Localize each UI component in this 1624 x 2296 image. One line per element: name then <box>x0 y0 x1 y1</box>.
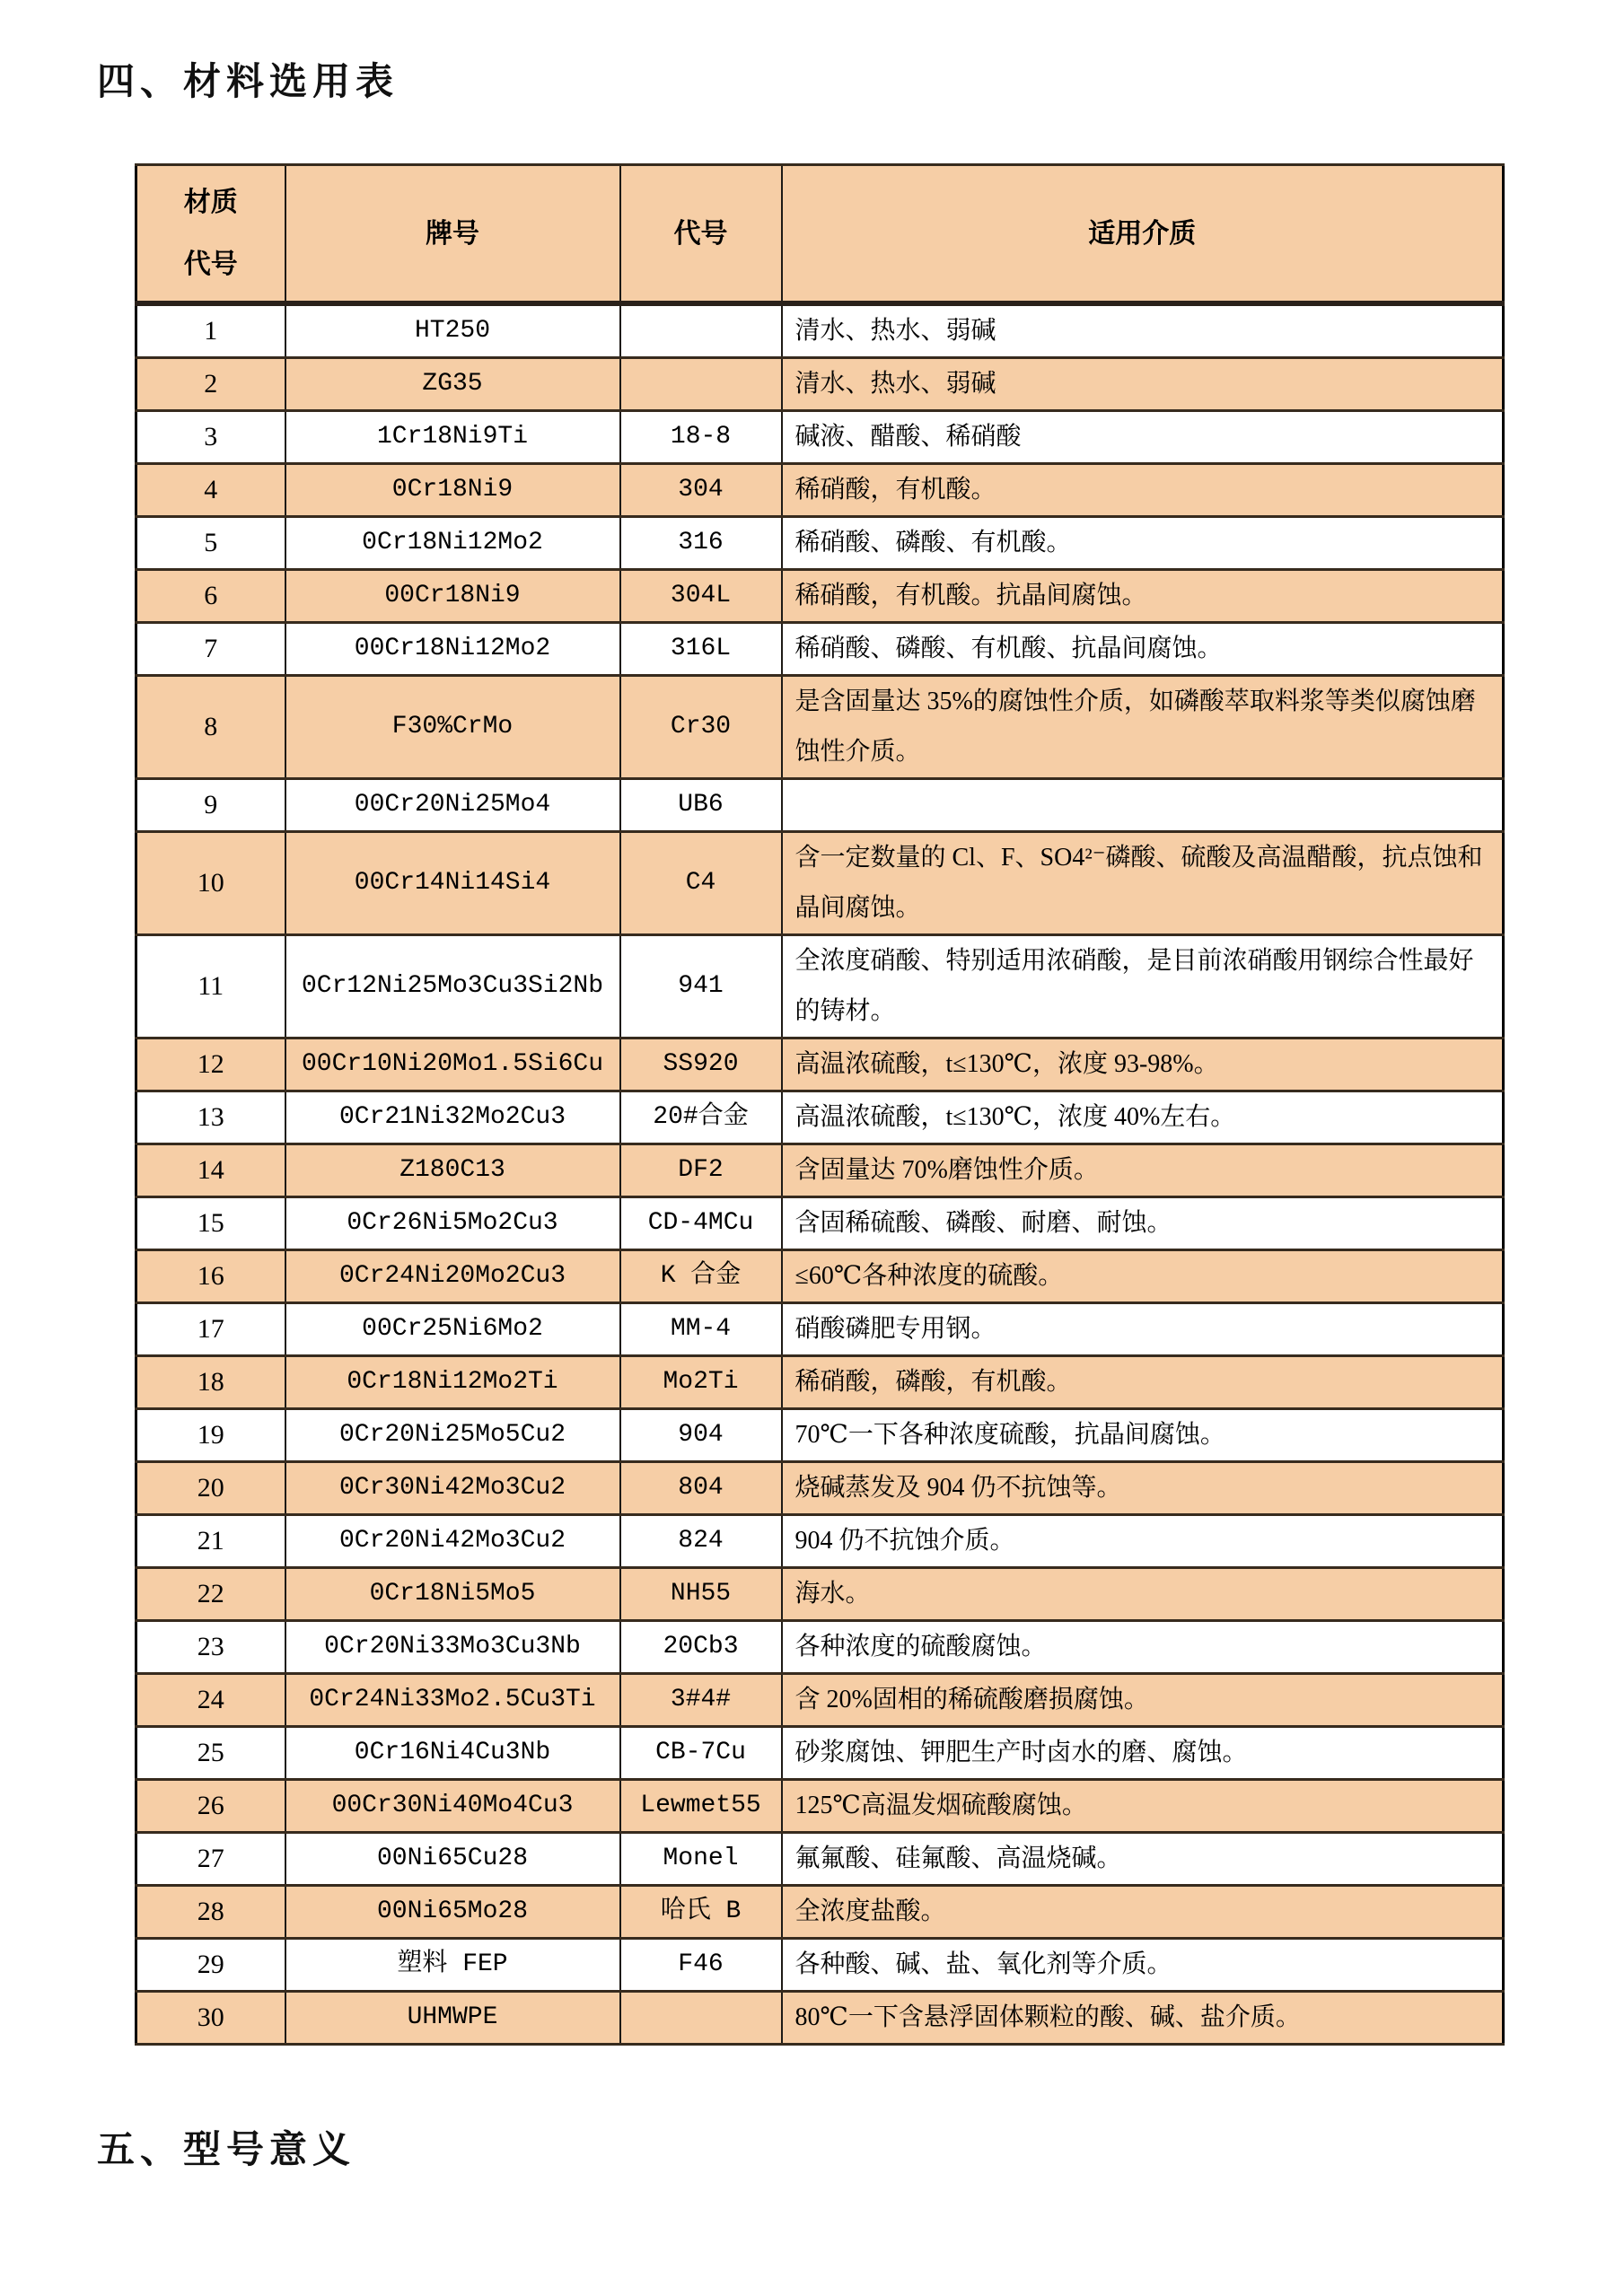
cell-material-code: 2 <box>136 358 285 411</box>
cell-code: 316L <box>620 623 782 676</box>
table-row: 200Cr30Ni42Mo3Cu2804烧碱蒸发及 904 仍不抗蚀等。 <box>136 1462 1504 1515</box>
cell-code <box>620 1992 782 2045</box>
cell-grade: 1Cr18Ni9Ti <box>285 411 620 464</box>
cell-code: CB-7Cu <box>620 1727 782 1780</box>
cell-medium: 烧碱蒸发及 904 仍不抗蚀等。 <box>782 1462 1504 1515</box>
cell-material-code: 10 <box>136 832 285 935</box>
cell-medium: 80℃一下含悬浮固体颗粒的酸、碱、盐介质。 <box>782 1992 1504 2045</box>
document-page: 四、材料选用表 材质 代号 牌号 代号 适用介质 1HT250清水、热水、弱碱2… <box>0 0 1624 2296</box>
cell-medium: 125℃高温发烟硫酸腐蚀。 <box>782 1780 1504 1833</box>
cell-code: NH55 <box>620 1568 782 1621</box>
cell-material-code: 4 <box>136 464 285 517</box>
cell-code: 304 <box>620 464 782 517</box>
cell-material-code: 6 <box>136 570 285 623</box>
cell-medium: 高温浓硫酸，t≤130℃，浓度 40%左右。 <box>782 1091 1504 1144</box>
cell-material-code: 23 <box>136 1621 285 1674</box>
cell-grade: 00Ni65Cu28 <box>285 1833 620 1886</box>
cell-material-code: 20 <box>136 1462 285 1515</box>
cell-grade: 00Ni65Mo28 <box>285 1886 620 1939</box>
cell-medium: 各种浓度的硫酸腐蚀。 <box>782 1621 1504 1674</box>
table-row: 2600Cr30Ni40Mo4Cu3Lewmet55125℃高温发烟硫酸腐蚀。 <box>136 1780 1504 1833</box>
cell-medium: 是含固量达 35%的腐蚀性介质，如磷酸萃取料浆等类似腐蚀磨蚀性介质。 <box>782 676 1504 779</box>
cell-grade: 0Cr24Ni20Mo2Cu3 <box>285 1250 620 1303</box>
cell-code: 824 <box>620 1515 782 1568</box>
cell-material-code: 11 <box>136 935 285 1038</box>
cell-grade: Z180C13 <box>285 1144 620 1197</box>
cell-code: CD-4MCu <box>620 1197 782 1250</box>
cell-material-code: 13 <box>136 1091 285 1144</box>
cell-grade: 0Cr26Ni5Mo2Cu3 <box>285 1197 620 1250</box>
table-row: 2ZG35清水、热水、弱碱 <box>136 358 1504 411</box>
table-row: 29塑料 FEPF46各种酸、碱、盐、氧化剂等介质。 <box>136 1939 1504 1992</box>
material-table-body: 1HT250清水、热水、弱碱2ZG35清水、热水、弱碱31Cr18Ni9Ti18… <box>136 303 1504 2045</box>
table-row: 600Cr18Ni9304L稀硝酸，有机酸。抗晶间腐蚀。 <box>136 570 1504 623</box>
cell-grade: 00Cr18Ni12Mo2 <box>285 623 620 676</box>
table-row: 160Cr24Ni20Mo2Cu3K 合金≤60℃各种浓度的硫酸。 <box>136 1250 1504 1303</box>
cell-material-code: 26 <box>136 1780 285 1833</box>
cell-material-code: 17 <box>136 1303 285 1356</box>
table-row: 220Cr18Ni5Mo5NH55海水。 <box>136 1568 1504 1621</box>
cell-material-code: 28 <box>136 1886 285 1939</box>
cell-code: 18-8 <box>620 411 782 464</box>
cell-code: DF2 <box>620 1144 782 1197</box>
cell-grade: 0Cr18Ni12Mo2Ti <box>285 1356 620 1409</box>
cell-grade: 00Cr25Ni6Mo2 <box>285 1303 620 1356</box>
cell-medium: 稀硝酸、磷酸、有机酸、抗晶间腐蚀。 <box>782 623 1504 676</box>
cell-code: 941 <box>620 935 782 1038</box>
cell-grade: UHMWPE <box>285 1992 620 2045</box>
cell-code: Monel <box>620 1833 782 1886</box>
cell-material-code: 27 <box>136 1833 285 1886</box>
cell-code <box>620 303 782 358</box>
cell-medium: 海水。 <box>782 1568 1504 1621</box>
cell-grade: 00Cr20Ni25Mo4 <box>285 779 620 832</box>
cell-material-code: 14 <box>136 1144 285 1197</box>
cell-code: 3#4# <box>620 1674 782 1727</box>
cell-code: 304L <box>620 570 782 623</box>
cell-grade: 0Cr12Ni25Mo3Cu3Si2Nb <box>285 935 620 1038</box>
header-row: 材质 代号 牌号 代号 适用介质 <box>136 165 1504 304</box>
cell-code: Mo2Ti <box>620 1356 782 1409</box>
table-row: 2800Ni65Mo28哈氏 B全浓度盐酸。 <box>136 1886 1504 1939</box>
table-row: 190Cr20Ni25Mo5Cu290470℃一下各种浓度硫酸，抗晶间腐蚀。 <box>136 1409 1504 1462</box>
table-row: 40Cr18Ni9304稀硝酸，有机酸。 <box>136 464 1504 517</box>
cell-medium: 全浓度硝酸、特别适用浓硝酸，是目前浓硝酸用钢综合性最好的铸材。 <box>782 935 1504 1038</box>
cell-grade: 0Cr18Ni12Mo2 <box>285 517 620 570</box>
table-row: 150Cr26Ni5Mo2Cu3CD-4MCu含固稀硫酸、磷酸、耐磨、耐蚀。 <box>136 1197 1504 1250</box>
cell-medium: 含固稀硫酸、磷酸、耐磨、耐蚀。 <box>782 1197 1504 1250</box>
cell-code: K 合金 <box>620 1250 782 1303</box>
table-row: 30UHMWPE80℃一下含悬浮固体颗粒的酸、碱、盐介质。 <box>136 1992 1504 2045</box>
header-medium: 适用介质 <box>782 165 1504 304</box>
section-title-material-selection: 四、材料选用表 <box>97 52 399 106</box>
cell-material-code: 8 <box>136 676 285 779</box>
material-selection-table: 材质 代号 牌号 代号 适用介质 1HT250清水、热水、弱碱2ZG35清水、热… <box>135 163 1505 2046</box>
cell-material-code: 18 <box>136 1356 285 1409</box>
header-material-code: 材质 代号 <box>136 165 285 304</box>
cell-medium: 硝酸磷肥专用钢。 <box>782 1303 1504 1356</box>
cell-code: UB6 <box>620 779 782 832</box>
table-row: 1000Cr14Ni14Si4C4含一定数量的 Cl、F、SO4²⁻磷酸、硫酸及… <box>136 832 1504 935</box>
cell-code <box>620 358 782 411</box>
cell-medium: 氟氟酸、硅氟酸、高温烧碱。 <box>782 1833 1504 1886</box>
table-row: 210Cr20Ni42Mo3Cu2824904 仍不抗蚀介质。 <box>136 1515 1504 1568</box>
cell-code: 20#合金 <box>620 1091 782 1144</box>
cell-medium: 70℃一下各种浓度硫酸，抗晶间腐蚀。 <box>782 1409 1504 1462</box>
cell-material-code: 3 <box>136 411 285 464</box>
cell-medium: 稀硝酸、磷酸、有机酸。 <box>782 517 1504 570</box>
cell-grade: 0Cr24Ni33Mo2.5Cu3Ti <box>285 1674 620 1727</box>
cell-code: SS920 <box>620 1038 782 1091</box>
cell-medium: 稀硝酸，有机酸。抗晶间腐蚀。 <box>782 570 1504 623</box>
cell-medium: 砂浆腐蚀、钾肥生产时卤水的磨、腐蚀。 <box>782 1727 1504 1780</box>
cell-code: C4 <box>620 832 782 935</box>
cell-grade: 0Cr18Ni5Mo5 <box>285 1568 620 1621</box>
cell-material-code: 19 <box>136 1409 285 1462</box>
cell-grade: 0Cr20Ni42Mo3Cu2 <box>285 1515 620 1568</box>
cell-code: 20Cb3 <box>620 1621 782 1674</box>
cell-grade: 0Cr20Ni25Mo5Cu2 <box>285 1409 620 1462</box>
cell-medium <box>782 779 1504 832</box>
cell-material-code: 30 <box>136 1992 285 2045</box>
table-row: 2700Ni65Cu28Monel氟氟酸、硅氟酸、高温烧碱。 <box>136 1833 1504 1886</box>
cell-material-code: 15 <box>136 1197 285 1250</box>
cell-material-code: 12 <box>136 1038 285 1091</box>
cell-material-code: 7 <box>136 623 285 676</box>
cell-code: 316 <box>620 517 782 570</box>
cell-grade: 0Cr18Ni9 <box>285 464 620 517</box>
cell-code: MM-4 <box>620 1303 782 1356</box>
cell-medium: 清水、热水、弱碱 <box>782 358 1504 411</box>
cell-medium: 904 仍不抗蚀介质。 <box>782 1515 1504 1568</box>
table-row: 230Cr20Ni33Mo3Cu3Nb20Cb3各种浓度的硫酸腐蚀。 <box>136 1621 1504 1674</box>
table-row: 240Cr24Ni33Mo2.5Cu3Ti3#4#含 20%固相的稀硫酸磨损腐蚀… <box>136 1674 1504 1727</box>
table-row: 700Cr18Ni12Mo2316L稀硝酸、磷酸、有机酸、抗晶间腐蚀。 <box>136 623 1504 676</box>
table-row: 900Cr20Ni25Mo4UB6 <box>136 779 1504 832</box>
cell-grade: 0Cr20Ni33Mo3Cu3Nb <box>285 1621 620 1674</box>
cell-material-code: 24 <box>136 1674 285 1727</box>
cell-medium: 碱液、醋酸、稀硝酸 <box>782 411 1504 464</box>
cell-grade: 0Cr21Ni32Mo2Cu3 <box>285 1091 620 1144</box>
cell-code: 904 <box>620 1409 782 1462</box>
cell-medium: 高温浓硫酸，t≤130℃，浓度 93-98%。 <box>782 1038 1504 1091</box>
cell-code: 804 <box>620 1462 782 1515</box>
cell-material-code: 16 <box>136 1250 285 1303</box>
table-row: 50Cr18Ni12Mo2316稀硝酸、磷酸、有机酸。 <box>136 517 1504 570</box>
cell-material-code: 29 <box>136 1939 285 1992</box>
cell-grade: HT250 <box>285 303 620 358</box>
table-row: 130Cr21Ni32Mo2Cu320#合金高温浓硫酸，t≤130℃，浓度 40… <box>136 1091 1504 1144</box>
cell-grade: 00Cr14Ni14Si4 <box>285 832 620 935</box>
header-grade: 牌号 <box>285 165 620 304</box>
cell-grade: 00Cr18Ni9 <box>285 570 620 623</box>
cell-code: Cr30 <box>620 676 782 779</box>
header-code: 代号 <box>620 165 782 304</box>
table-row: 1700Cr25Ni6Mo2MM-4硝酸磷肥专用钢。 <box>136 1303 1504 1356</box>
table-row: 110Cr12Ni25Mo3Cu3Si2Nb941全浓度硝酸、特别适用浓硝酸，是… <box>136 935 1504 1038</box>
cell-grade: F30%CrMo <box>285 676 620 779</box>
cell-grade: 00Cr30Ni40Mo4Cu3 <box>285 1780 620 1833</box>
cell-medium: 稀硝酸，磷酸，有机酸。 <box>782 1356 1504 1409</box>
cell-grade: ZG35 <box>285 358 620 411</box>
cell-grade: 0Cr30Ni42Mo3Cu2 <box>285 1462 620 1515</box>
table-row: 1HT250清水、热水、弱碱 <box>136 303 1504 358</box>
cell-material-code: 1 <box>136 303 285 358</box>
table-row: 31Cr18Ni9Ti18-8碱液、醋酸、稀硝酸 <box>136 411 1504 464</box>
cell-grade: 塑料 FEP <box>285 1939 620 1992</box>
cell-medium: 含一定数量的 Cl、F、SO4²⁻磷酸、硫酸及高温醋酸，抗点蚀和晶间腐蚀。 <box>782 832 1504 935</box>
cell-medium: 各种酸、碱、盐、氧化剂等介质。 <box>782 1939 1504 1992</box>
cell-grade: 0Cr16Ni4Cu3Nb <box>285 1727 620 1780</box>
cell-material-code: 5 <box>136 517 285 570</box>
cell-medium: 全浓度盐酸。 <box>782 1886 1504 1939</box>
table-header: 材质 代号 牌号 代号 适用介质 <box>136 165 1504 304</box>
cell-medium: 稀硝酸，有机酸。 <box>782 464 1504 517</box>
table-row: 180Cr18Ni12Mo2TiMo2Ti稀硝酸，磷酸，有机酸。 <box>136 1356 1504 1409</box>
cell-medium: 含 20%固相的稀硫酸磨损腐蚀。 <box>782 1674 1504 1727</box>
cell-code: 哈氏 B <box>620 1886 782 1939</box>
cell-medium: 含固量达 70%磨蚀性介质。 <box>782 1144 1504 1197</box>
cell-material-code: 25 <box>136 1727 285 1780</box>
cell-material-code: 21 <box>136 1515 285 1568</box>
table-row: 14Z180C13DF2含固量达 70%磨蚀性介质。 <box>136 1144 1504 1197</box>
cell-code: F46 <box>620 1939 782 1992</box>
cell-grade: 00Cr10Ni20Mo1.5Si6Cu <box>285 1038 620 1091</box>
table-row: 1200Cr10Ni20Mo1.5Si6CuSS920高温浓硫酸，t≤130℃，… <box>136 1038 1504 1091</box>
table-row: 8F30%CrMoCr30是含固量达 35%的腐蚀性介质，如磷酸萃取料浆等类似腐… <box>136 676 1504 779</box>
cell-medium: 清水、热水、弱碱 <box>782 303 1504 358</box>
table-row: 250Cr16Ni4Cu3NbCB-7Cu砂浆腐蚀、钾肥生产时卤水的磨、腐蚀。 <box>136 1727 1504 1780</box>
cell-code: Lewmet55 <box>620 1780 782 1833</box>
cell-material-code: 22 <box>136 1568 285 1621</box>
cell-medium: ≤60℃各种浓度的硫酸。 <box>782 1250 1504 1303</box>
cell-material-code: 9 <box>136 779 285 832</box>
section-title-model-meaning: 五、型号意义 <box>97 2120 356 2174</box>
